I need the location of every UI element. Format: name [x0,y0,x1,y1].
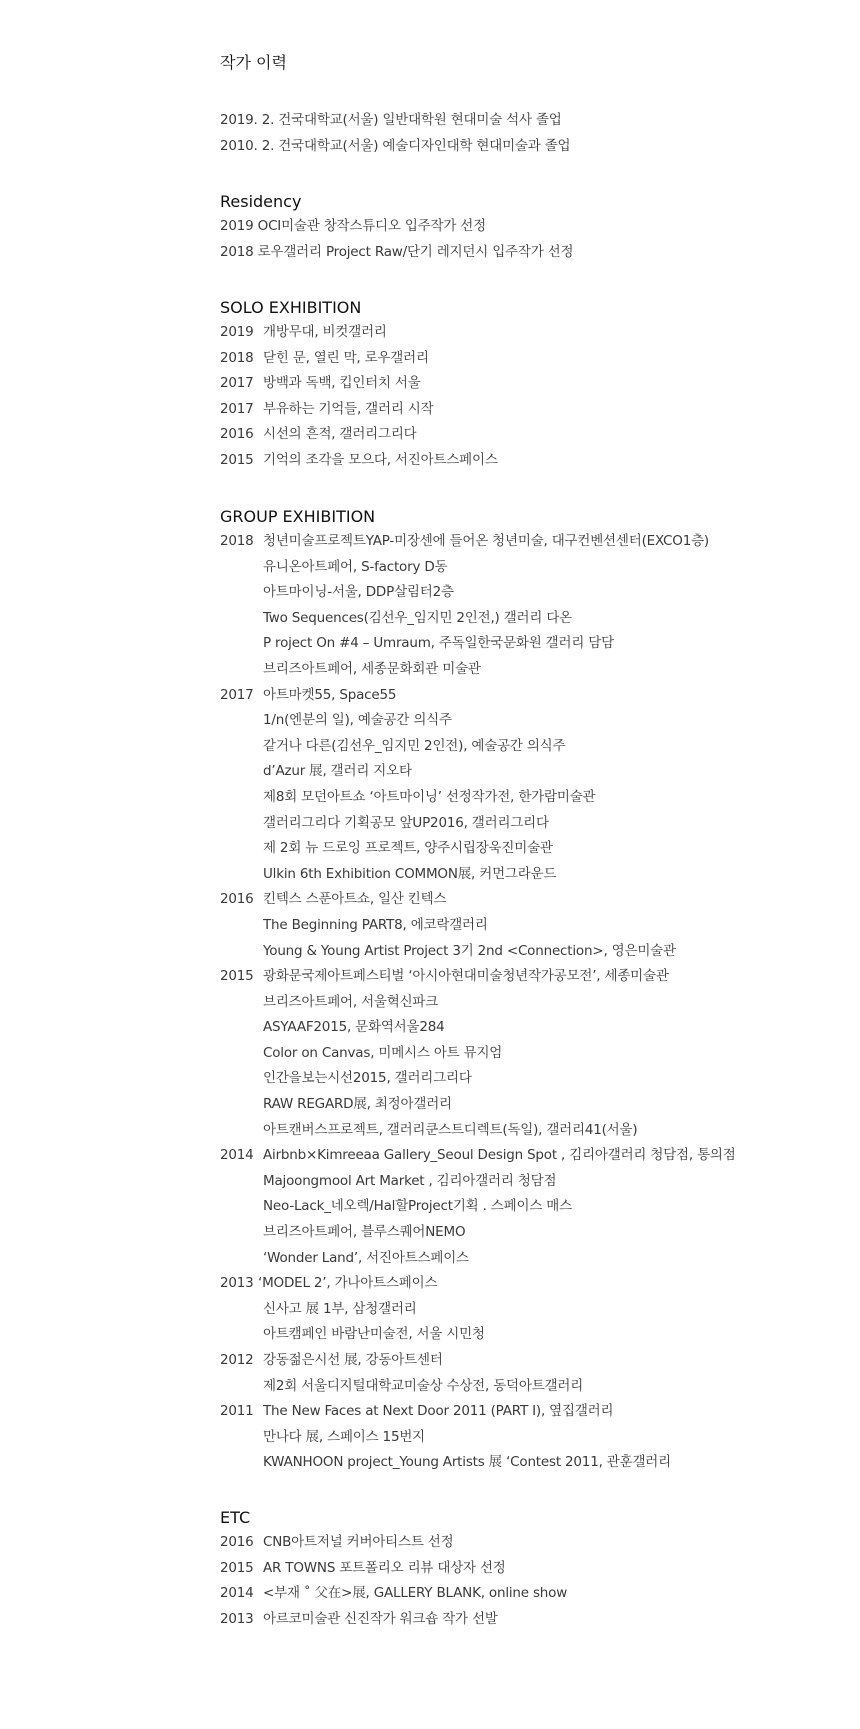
entry-text: 갤러리그리다 기획공모 앞UP2016, 갤러리그리다 [263,811,549,837]
education-item: 2019. 2. 건국대학교(서울) 일반대학원 현대미술 석사 졸업 [220,108,570,134]
residency-item: 2018 로우갤러리 Project Raw/단기 레지던시 입주작가 선정 [220,240,573,266]
year-label: 2016 [220,1530,263,1556]
list-item: 제 2회 뉴 드로잉 프로젝트, 양주시립장욱진미술관 [220,836,736,862]
entry-text: 시선의 흔적, 갤러리그리다 [263,422,417,448]
list-item: KWANHOON project_Young Artists 展 ‘Contes… [220,1450,736,1476]
list-item: Two Sequences(김선우_임지민 2인전,) 갤러리 다온 [220,606,736,632]
year-label [220,811,263,837]
entry-text: Color on Canvas, 미메시스 아트 뮤지엄 [263,1041,502,1067]
year-label: 2015 [220,1556,263,1582]
entry-text: 유니온아트페어, S-factory D동 [263,555,447,581]
year-label [220,1092,263,1118]
list-item: d’Azur 展, 갤러리 지오타 [220,759,736,785]
entry-text: 브리즈아트페어, 블루스퀘어NEMO [263,1220,465,1246]
list-item: 신사고 展 1부, 삼청갤러리 [220,1297,736,1323]
entry-text: 아트캔버스프로젝트, 갤러리쿤스트디렉트(독일), 갤러리41(서울) [263,1118,637,1144]
year-label [220,862,263,888]
list-item: ‘Wonder Land’, 서진아트스페이스 [220,1246,736,1272]
list-item: 2018청년미술프로젝트YAP-미장센에 들어온 청년미술, 대구컨벤션센터(E… [220,529,736,555]
solo-exhibition-section: SOLO EXHIBITION 2019개방무대, 비컷갤러리2018닫힌 문,… [220,295,498,474]
entry-text: Two Sequences(김선우_임지민 2인전,) 갤러리 다온 [263,606,572,632]
year-label [220,708,263,734]
entry-text: 기억의 조각을 모으다, 서진아트스페이스 [263,448,498,474]
list-item: 2016시선의 흔적, 갤러리그리다 [220,422,498,448]
year-label [220,785,263,811]
year-label [220,913,263,939]
year-label: 2014 [220,1143,263,1169]
list-item: Majoongmool Art Market , 김리아갤러리 청담점 [220,1169,736,1195]
entry-text: Ulkin 6th Exhibition COMMON展, 커먼그라운드 [263,862,556,888]
entry-text: 개방무대, 비컷갤러리 [263,320,387,346]
entry-text: 브리즈아트페어, 서울혁신파크 [263,990,438,1016]
list-item: 2016킨텍스 스푼아트쇼, 일산 킨텍스 [220,887,736,913]
list-item: 유니온아트페어, S-factory D동 [220,555,736,581]
list-item: 인간을보는시선2015, 갤러리그리다 [220,1066,736,1092]
list-item: 2016CNB아트저널 커버아티스트 선정 [220,1530,567,1556]
list-item: 2015광화문국제아트페스티벌 ‘아시아현대미술청년작가공모전’, 세종미술관 [220,964,736,990]
list-item: 2017방백과 독백, 킵인터치 서울 [220,371,498,397]
entry-text: 인간을보는시선2015, 갤러리그리다 [263,1066,472,1092]
list-item: 같거나 다른(김선우_임지민 2인전), 예술공간 의식주 [220,734,736,760]
year-label: 2016 [220,887,263,913]
year-label [220,990,263,1016]
section-heading: Residency [220,189,573,214]
year-label: 2017 [220,371,263,397]
list-item: 2014Airbnb×Kimreeaa Gallery_Seoul Design… [220,1143,736,1169]
year-label: 2019 [220,320,263,346]
residency-section: Residency 2019 OCI미술관 창작스튜디오 입주작가 선정 201… [220,189,573,265]
list-item: Ulkin 6th Exhibition COMMON展, 커먼그라운드 [220,862,736,888]
year-label: 2017 [220,397,263,423]
list-item: 2013‘MODEL 2’, 가나아트스페이스 [220,1271,736,1297]
year-label [220,759,263,785]
year-label [220,1322,263,1348]
year-label: 2015 [220,448,263,474]
year-label [220,1450,263,1476]
year-label: 2013 [220,1271,258,1297]
list-item: 2014<부재 ˚ 父在>展, GALLERY BLANK, online sh… [220,1581,567,1607]
year-label [220,1066,263,1092]
residency-item: 2019 OCI미술관 창작스튜디오 입주작가 선정 [220,214,573,240]
entry-text: 제 2회 뉴 드로잉 프로젝트, 양주시립장욱진미술관 [263,836,553,862]
entry-text: 신사고 展 1부, 삼청갤러리 [263,1297,417,1323]
entry-text: 부유하는 기억들, 갤러리 시작 [263,397,433,423]
entry-text: RAW REGARD展, 최정아갤러리 [263,1092,452,1118]
list-item: The Beginning PART8, 에코락갤러리 [220,913,736,939]
year-label [220,1246,263,1272]
entry-text: d’Azur 展, 갤러리 지오타 [263,759,412,785]
list-item: ASYAAF2015, 문화역서울284 [220,1015,736,1041]
list-item: 2012강동젊은시선 展, 강동아트센터 [220,1348,736,1374]
entry-text: 강동젊은시선 展, 강동아트센터 [263,1348,443,1374]
list-item: RAW REGARD展, 최정아갤러리 [220,1092,736,1118]
entry-text: 아트캠페인 바람난미술전, 서울 시민청 [263,1322,485,1348]
entry-text: 제2회 서울디지털대학교미술상 수상전, 동덕아트갤러리 [263,1374,583,1400]
entry-text: ‘Wonder Land’, 서진아트스페이스 [263,1246,469,1272]
entry-text: Airbnb×Kimreeaa Gallery_Seoul Design Spo… [263,1143,736,1169]
entry-text: P roject On #4 – Umraum, 주독일한국문화원 갤러리 담담 [263,631,614,657]
group-exhibition-section: GROUP EXHIBITION 2018청년미술프로젝트YAP-미장센에 들어… [220,504,736,1476]
list-item: Neo-Lack_네오렉/Hal할Project기획 . 스페이스 매스 [220,1194,736,1220]
education-section: 2019. 2. 건국대학교(서울) 일반대학원 현대미술 석사 졸업 2010… [220,108,570,159]
entry-text: 같거나 다른(김선우_임지민 2인전), 예술공간 의식주 [263,734,565,760]
list-item: 갤러리그리다 기획공모 앞UP2016, 갤러리그리다 [220,811,736,837]
entry-text: 1/n(엔분의 일), 예술공간 의식주 [263,708,452,734]
list-item: 2019개방무대, 비컷갤러리 [220,320,498,346]
year-label: 2016 [220,422,263,448]
entry-text: AR TOWNS 포트폴리오 리뷰 대상자 선정 [263,1556,506,1582]
year-label [220,1015,263,1041]
list-item: 브리즈아트페어, 세종문화회관 미술관 [220,657,736,683]
section-heading: ETC [220,1505,567,1530]
list-item: 2011The New Faces at Next Door 2011 (PAR… [220,1399,736,1425]
entry-text: Majoongmool Art Market , 김리아갤러리 청담점 [263,1169,556,1195]
year-label [220,1194,263,1220]
year-label [220,555,263,581]
list-item: 2013아르코미술관 신진작가 워크숍 작가 선발 [220,1607,567,1633]
year-label [220,631,263,657]
year-label: 2012 [220,1348,263,1374]
entry-text: 방백과 독백, 킵인터치 서울 [263,371,421,397]
etc-section: ETC 2016CNB아트저널 커버아티스트 선정2015AR TOWNS 포트… [220,1505,567,1632]
year-label [220,606,263,632]
list-item: P roject On #4 – Umraum, 주독일한국문화원 갤러리 담담 [220,631,736,657]
entry-text: Neo-Lack_네오렉/Hal할Project기획 . 스페이스 매스 [263,1194,572,1220]
section-heading: GROUP EXHIBITION [220,504,736,529]
year-label [220,1169,263,1195]
list-item: 아트캔버스프로젝트, 갤러리쿤스트디렉트(독일), 갤러리41(서울) [220,1118,736,1144]
entry-text: 제8회 모던아트쇼 ‘아트마이닝’ 선정작가전, 한가람미술관 [263,785,595,811]
list-item: 2015기억의 조각을 모으다, 서진아트스페이스 [220,448,498,474]
entry-text: KWANHOON project_Young Artists 展 ‘Contes… [263,1450,671,1476]
page-title: 작가 이력 [220,50,287,73]
entry-text: 닫힌 문, 열린 막, 로우갤러리 [263,346,429,372]
year-label: 2018 [220,529,263,555]
year-label [220,939,263,965]
year-label: 2015 [220,964,263,990]
entry-text: Young & Young Artist Project 3기 2nd <Con… [263,939,676,965]
year-label [220,657,263,683]
entry-text: 광화문국제아트페스티벌 ‘아시아현대미술청년작가공모전’, 세종미술관 [263,964,669,990]
list-item: 아트캠페인 바람난미술전, 서울 시민청 [220,1322,736,1348]
list-item: 브리즈아트페어, 서울혁신파크 [220,990,736,1016]
year-label [220,580,263,606]
list-item: 아트마이닝-서울, DDP살림터2층 [220,580,736,606]
list-item: 2018닫힌 문, 열린 막, 로우갤러리 [220,346,498,372]
year-label [220,1425,263,1451]
entry-text: 청년미술프로젝트YAP-미장센에 들어온 청년미술, 대구컨벤션센터(EXCO1… [263,529,709,555]
list-item: 만나다 展, 스페이스 15번지 [220,1425,736,1451]
entry-text: ASYAAF2015, 문화역서울284 [263,1015,445,1041]
year-label [220,1041,263,1067]
year-label: 2011 [220,1399,263,1425]
entry-text: The New Faces at Next Door 2011 (PART I)… [263,1399,613,1425]
list-item: 1/n(엔분의 일), 예술공간 의식주 [220,708,736,734]
year-label [220,1374,263,1400]
year-label [220,734,263,760]
education-item: 2010. 2. 건국대학교(서울) 예술디자인대학 현대미술과 졸업 [220,134,570,160]
entry-text: 만나다 展, 스페이스 15번지 [263,1425,425,1451]
list-item: 제2회 서울디지털대학교미술상 수상전, 동덕아트갤러리 [220,1374,736,1400]
year-label [220,1297,263,1323]
entry-text: 아트마켓55, Space55 [263,683,396,709]
year-label: 2014 [220,1581,263,1607]
entry-text: 아르코미술관 신진작가 워크숍 작가 선발 [263,1607,498,1633]
list-item: Color on Canvas, 미메시스 아트 뮤지엄 [220,1041,736,1067]
year-label [220,1118,263,1144]
section-heading: SOLO EXHIBITION [220,295,498,320]
year-label: 2018 [220,346,263,372]
year-label [220,1220,263,1246]
list-item: Young & Young Artist Project 3기 2nd <Con… [220,939,736,965]
entry-text: <부재 ˚ 父在>展, GALLERY BLANK, online show [263,1581,567,1607]
list-item: 2017부유하는 기억들, 갤러리 시작 [220,397,498,423]
entry-text: ‘MODEL 2’, 가나아트스페이스 [258,1271,437,1297]
entry-text: 킨텍스 스푼아트쇼, 일산 킨텍스 [263,887,446,913]
entry-text: CNB아트저널 커버아티스트 선정 [263,1530,453,1556]
entry-text: 브리즈아트페어, 세종문화회관 미술관 [263,657,481,683]
entry-text: 아트마이닝-서울, DDP살림터2층 [263,580,454,606]
year-label: 2013 [220,1607,263,1633]
entry-text: The Beginning PART8, 에코락갤러리 [263,913,488,939]
list-item: 2017아트마켓55, Space55 [220,683,736,709]
list-item: 2015AR TOWNS 포트폴리오 리뷰 대상자 선정 [220,1556,567,1582]
year-label [220,836,263,862]
list-item: 브리즈아트페어, 블루스퀘어NEMO [220,1220,736,1246]
year-label: 2017 [220,683,263,709]
list-item: 제8회 모던아트쇼 ‘아트마이닝’ 선정작가전, 한가람미술관 [220,785,736,811]
